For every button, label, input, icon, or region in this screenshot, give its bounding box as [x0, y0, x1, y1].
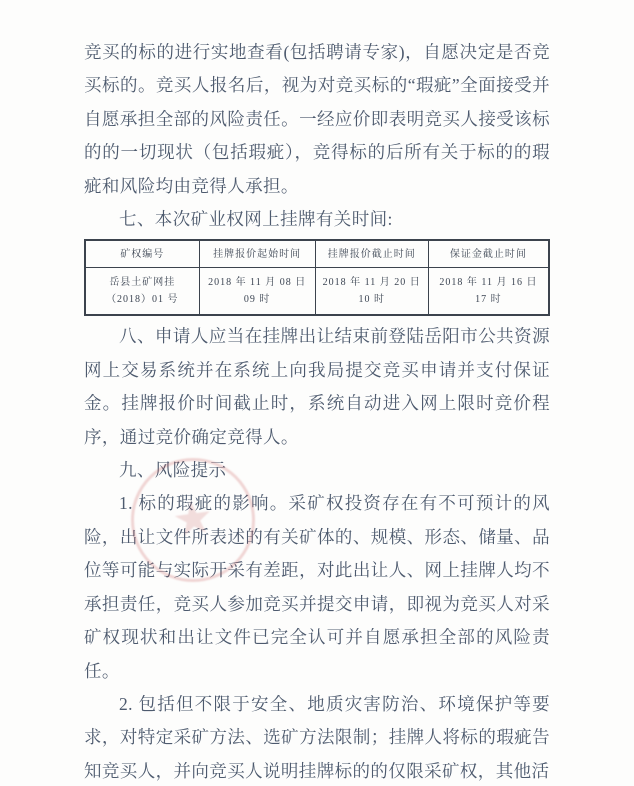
table-header-row: 矿权编号 挂牌报价起始时间 挂牌报价截止时间 保证金截止时间	[85, 240, 549, 268]
table-header-mining-right-no: 矿权编号	[85, 240, 199, 268]
section-7-heading: 七、本次矿业权网上挂牌有关时间:	[84, 203, 550, 236]
cell-quote-end-time: 2018 年 11 月 20 日 10 时	[315, 268, 428, 316]
table-header-quote-start-time: 挂牌报价起始时间	[199, 240, 315, 268]
table-header-deposit-deadline: 保证金截止时间	[428, 240, 549, 268]
scanned-document-page: 竞买的标的进行实地查看(包括聘请专家)，自愿决定是否竞买标的。竞买人报名后，视为…	[0, 0, 634, 786]
cell-deposit-deadline: 2018 年 11 月 16 日 17 时	[428, 268, 549, 316]
table-header-quote-end-time: 挂牌报价截止时间	[315, 240, 428, 268]
document-body: 竞买的标的进行实地查看(包括聘请专家)，自愿决定是否竞买标的。竞买人报名后，视为…	[84, 36, 550, 786]
listing-times-table: 矿权编号 挂牌报价起始时间 挂牌报价截止时间 保证金截止时间 岳县土矿网挂 （2…	[84, 239, 550, 316]
table-row: 岳县土矿网挂 （2018）01 号 2018 年 11 月 08 日 09 时 …	[85, 268, 549, 316]
section-9-heading: 九、风险提示	[84, 454, 550, 487]
cell-mining-right-no: 岳县土矿网挂 （2018）01 号	[85, 268, 199, 316]
paragraph-intro-continuation: 竞买的标的进行实地查看(包括聘请专家)，自愿决定是否竞买标的。竞买人报名后，视为…	[84, 36, 550, 203]
section-8-paragraph: 八、申请人应当在挂牌出让结束前登陆岳阳市公共资源网上交易系统并在系统上向我局提交…	[84, 320, 550, 454]
cell-quote-start-time: 2018 年 11 月 08 日 09 时	[199, 268, 315, 316]
risk-item-1-paragraph: 1. 标的瑕疵的影响。采矿权投资存在有不可预计的风险，出让文件所表述的有关矿体的…	[84, 487, 550, 687]
risk-item-2-paragraph: 2. 包括但不限于安全、地质灾害防治、环境保护等要求，对特定采矿方法、选矿方法限…	[84, 688, 550, 786]
